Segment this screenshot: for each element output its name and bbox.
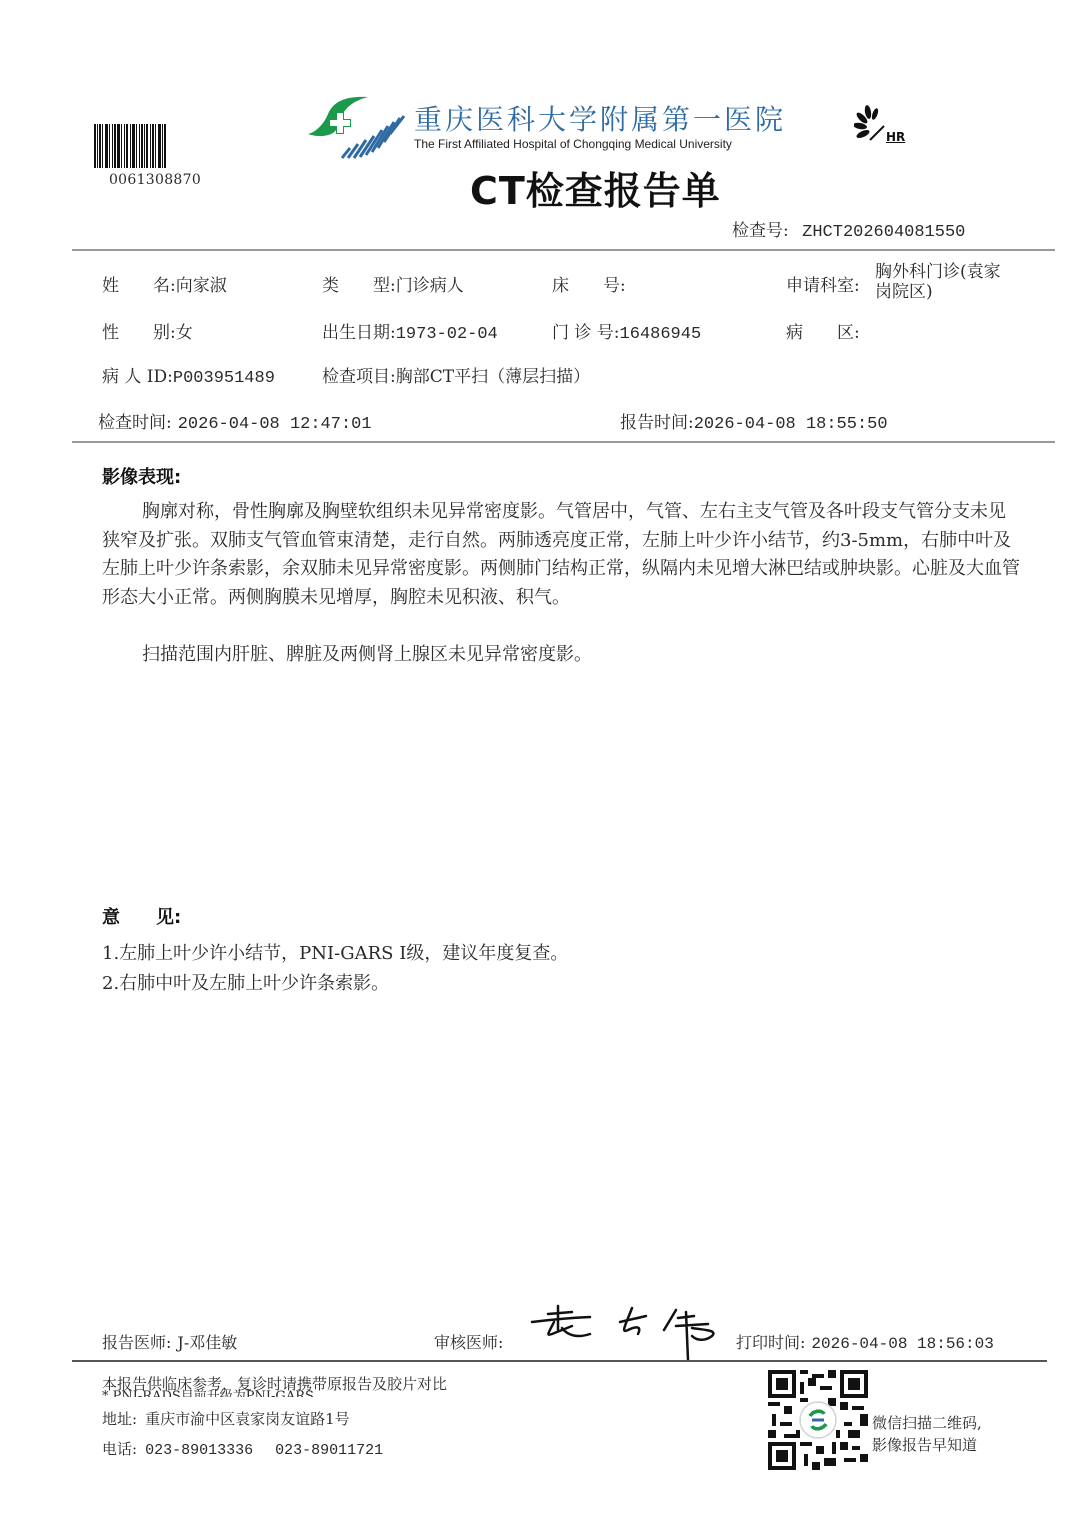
findings-title: 影像表现: [102, 463, 181, 489]
exam-number-label: 检查号: [732, 221, 789, 241]
exam-item-field: 检查项目:胸部CT平扫（薄层扫描） [322, 362, 590, 387]
barcode [94, 124, 216, 168]
hospital-name-cn: 重庆医科大学附属第一医院 [414, 98, 786, 138]
impression-item: 1.左肺上叶少许小结节，PNI-GARS I级，建议年度复查。 [102, 940, 1022, 969]
ward-label: 病 区: [786, 323, 860, 343]
footer-divider [72, 1360, 1047, 1362]
exam-item-label: 检查项目: [322, 367, 396, 387]
phone-field: 电话:023-89013336023-89011721 [102, 1438, 383, 1459]
hospital-name-en: The First Affiliated Hospital of Chongqi… [414, 137, 732, 151]
dept-value-line1: 胸外科门诊(袁家 [875, 262, 1001, 282]
patient-type-label: 类 型: [322, 276, 396, 296]
patient-name-label: 姓 名: [102, 276, 176, 296]
dept-field: 申请科室: [786, 271, 860, 296]
address-label: 地址: [102, 1410, 137, 1428]
exam-number-value: ZHCT202604081550 [802, 223, 965, 242]
exam-time-value: 2026-04-08 12:47:01 [178, 415, 372, 434]
patient-id-value: P003951489 [173, 369, 275, 388]
hr-logo-text: HR [886, 130, 905, 144]
print-time-field: 打印时间:2026-04-08 18:56:03 [736, 1330, 994, 1353]
ward-field: 病 区: [786, 318, 860, 343]
patient-type-field: 类 型:门诊病人 [322, 271, 464, 296]
exam-time-label: 检查时间: [98, 413, 172, 433]
report-title: CT检查报告单 [470, 160, 721, 215]
report-time-value: 2026-04-08 18:55:50 [694, 415, 888, 434]
hospital-logo-icon [306, 94, 408, 162]
reviewer-signature [528, 1300, 728, 1364]
report-time-label: 报告时间: [620, 413, 694, 433]
barcode-number: 0061308870 [94, 172, 216, 188]
qr-caption-line1: 微信扫描二维码, [872, 1412, 982, 1434]
sex-value: 女 [176, 323, 193, 343]
print-time-label: 打印时间: [736, 1333, 805, 1352]
exam-time-field: 检查时间:2026-04-08 12:47:01 [98, 408, 372, 434]
phone-label: 电话: [102, 1440, 137, 1458]
sex-field: 性 别:女 [102, 318, 193, 343]
reviewer-field: 审核医师: [434, 1330, 503, 1353]
phone-2: 023-89011721 [275, 1442, 383, 1459]
outpatient-no-field: 门 诊 号:16486945 [552, 318, 701, 344]
patient-id-field: 病 人 ID:P003951489 [102, 362, 275, 388]
bed-field: 床 号: [552, 271, 626, 296]
reviewer-label: 审核医师: [434, 1333, 503, 1352]
patient-name-field: 姓 名:向家淑 [102, 271, 227, 296]
dob-label: 出生日期: [322, 323, 396, 343]
impression-title: 意 见: [102, 903, 181, 929]
dept-value: 胸外科门诊(袁家 岗院区) [875, 262, 1001, 302]
fan-icon [854, 104, 890, 144]
outpatient-no-value: 16486945 [620, 325, 702, 344]
dept-value-line2: 岗院区) [875, 282, 1001, 302]
address-field: 地址:重庆市渝中区袁家岗友谊路1号 [102, 1408, 350, 1429]
phone-1: 023-89013336 [145, 1442, 253, 1459]
qr-code-icon[interactable] [768, 1370, 868, 1470]
info-divider [72, 441, 1055, 443]
qr-caption: 微信扫描二维码, 影像报告早知道 [872, 1412, 982, 1456]
qr-caption-line2: 影像报告早知道 [872, 1434, 982, 1456]
print-time-value: 2026-04-08 18:56:03 [811, 1335, 993, 1353]
dob-value: 1973-02-04 [396, 325, 498, 344]
patient-id-label: 病 人 ID: [102, 367, 173, 387]
reporter-value: J-邓佳敏 [177, 1333, 237, 1352]
report-time-field: 报告时间:2026-04-08 18:55:50 [620, 408, 888, 434]
impression-item: 2.右肺中叶及左肺上叶少许条索影。 [102, 970, 1022, 999]
exam-number: 检查号: ZHCT202604081550 [732, 216, 965, 242]
footer-note-truncated: * PNI-RADS目前升级为PNI-GARS [102, 1389, 314, 1397]
address-value: 重庆市渝中区袁家岗友谊路1号 [145, 1410, 350, 1428]
outpatient-no-label: 门 诊 号: [552, 323, 620, 343]
patient-type-value: 门诊病人 [396, 276, 464, 296]
reporter-label: 报告医师: [102, 1333, 171, 1352]
findings-paragraph: 胸廓对称，骨性胸廓及胸壁软组织未见异常密度影。气管居中，气管、左右主支气管及各叶… [102, 498, 1022, 612]
exam-item-value: 胸部CT平扫（薄层扫描） [396, 367, 590, 387]
findings-paragraph: 扫描范围内肝脏、脾脏及两侧肾上腺区未见异常密度影。 [102, 641, 1022, 670]
header-divider [72, 249, 1055, 251]
bed-label: 床 号: [552, 276, 626, 296]
dob-field: 出生日期:1973-02-04 [322, 318, 498, 344]
sex-label: 性 别: [102, 323, 176, 343]
patient-name-value: 向家淑 [176, 276, 227, 296]
hr-logo: HR [854, 104, 914, 150]
dept-label: 申请科室: [786, 276, 860, 296]
reporter-field: 报告医师:J-邓佳敏 [102, 1330, 237, 1353]
